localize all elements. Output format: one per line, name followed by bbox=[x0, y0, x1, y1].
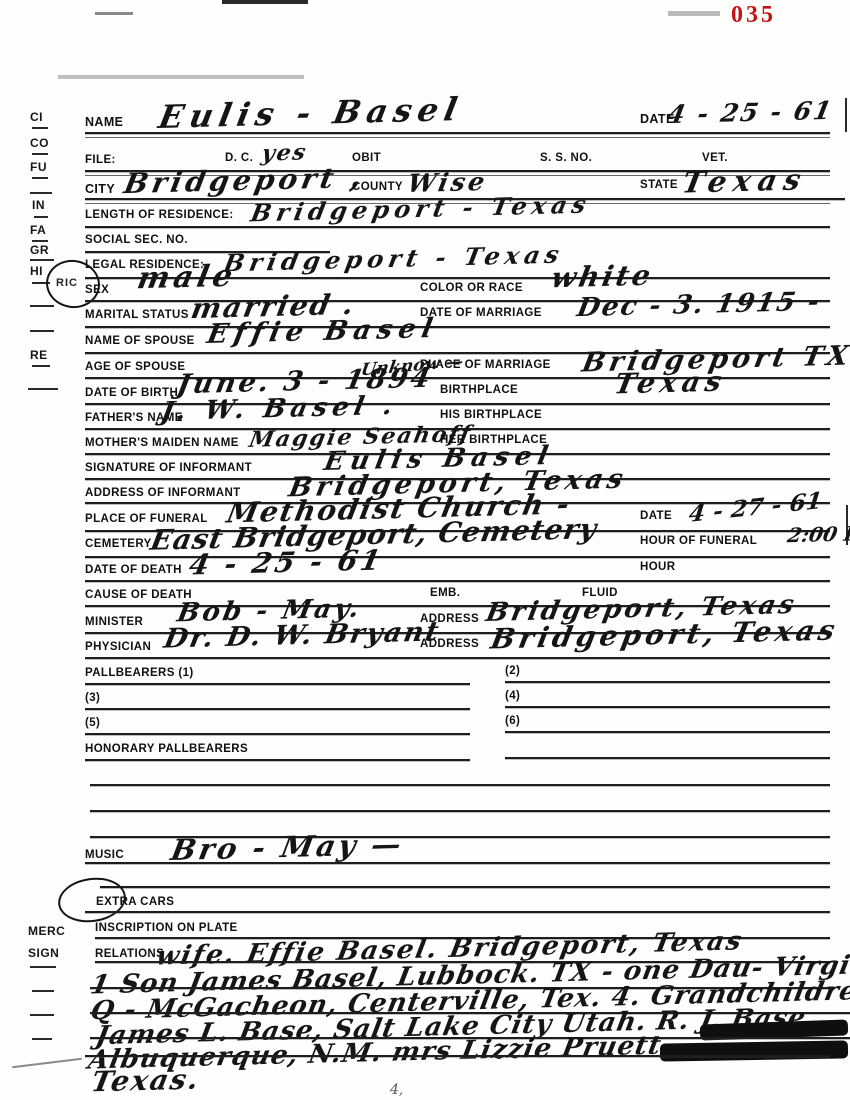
rule bbox=[85, 1055, 830, 1057]
age-of-spouse-label: AGE OF SPOUSE bbox=[85, 361, 185, 373]
address-of-informant-label: ADDRESS OF INFORMANT bbox=[85, 487, 241, 499]
rule bbox=[85, 657, 830, 659]
margin-dash bbox=[32, 990, 54, 992]
page-number: 035 bbox=[731, 2, 776, 29]
name-label: NAME bbox=[85, 115, 123, 129]
margin-dash bbox=[30, 192, 52, 194]
dc-label: D. C. bbox=[225, 152, 253, 164]
scan-artifact-faint-line bbox=[58, 75, 304, 79]
relations-label: RELATIONS bbox=[95, 948, 164, 960]
cause-of-death-label: CAUSE OF DEATH bbox=[85, 589, 192, 601]
hour-of-funeral-label: HOUR OF FUNERAL bbox=[640, 535, 757, 547]
margin-label-gr: GR bbox=[30, 243, 49, 257]
social-sec-no-label: SOCIAL SEC. NO. bbox=[85, 234, 188, 246]
margin-dash bbox=[32, 1038, 52, 1040]
birthplace-label: BIRTHPLACE bbox=[440, 384, 518, 396]
extra-cars-label: EXTRA CARS bbox=[96, 896, 174, 908]
hour-of-funeral-value: 2:00 PM bbox=[786, 521, 850, 547]
rule bbox=[85, 911, 830, 913]
margin-dash bbox=[30, 1014, 54, 1016]
margin-label-ci: CI bbox=[30, 110, 43, 124]
physician-value: Dr. D. W. Bryant bbox=[161, 616, 443, 654]
rule bbox=[85, 137, 830, 138]
rule bbox=[505, 731, 830, 733]
state-label: STATE bbox=[640, 179, 678, 191]
birthplace-value: Texas bbox=[612, 365, 730, 401]
minister-label: MINISTER bbox=[85, 616, 143, 628]
music-label: MUSIC bbox=[85, 849, 124, 861]
date-of-death-label: DATE OF DEATH bbox=[85, 564, 182, 576]
margin-label-co: CO bbox=[30, 136, 49, 150]
music-value: Bro - May — bbox=[168, 827, 407, 867]
scan-artifact-edge-tick bbox=[845, 98, 847, 132]
margin-dash bbox=[28, 388, 58, 390]
marital-status-label: MARITAL STATUS bbox=[85, 309, 189, 321]
county-label: COUNTY bbox=[352, 181, 403, 193]
funeral-date-label: DATE bbox=[640, 510, 672, 522]
physician-address-label: ADDRESS bbox=[420, 638, 479, 650]
legal-residence-value: Bridgeport - Texas bbox=[221, 240, 566, 278]
honorary-pallbearers-label: HONORARY PALLBEARERS bbox=[85, 743, 248, 755]
length-of-residence-label: LENGTH OF RESIDENCE: bbox=[85, 209, 234, 221]
rule bbox=[85, 683, 470, 685]
rule bbox=[85, 326, 830, 328]
margin-label-sign: SIGN bbox=[28, 946, 59, 960]
emb-label: EMB. bbox=[430, 587, 460, 599]
margin-dash bbox=[32, 177, 48, 179]
mothers-maiden-name-label: MOTHER'S MAIDEN NAME bbox=[85, 437, 239, 449]
rule bbox=[90, 784, 830, 786]
rule bbox=[85, 759, 470, 761]
color-or-race-value: white bbox=[549, 259, 657, 295]
margin-label-fa: FA bbox=[30, 223, 46, 237]
ink-scratch-out-2 bbox=[660, 1040, 848, 1061]
footnote-mark: 4, bbox=[390, 1082, 403, 1098]
rule bbox=[85, 580, 830, 582]
rule bbox=[85, 733, 470, 735]
name-of-spouse-value: Effie Basel bbox=[205, 313, 442, 350]
margin-label-hi: HI bbox=[30, 264, 43, 278]
relations-line-6: Texas. bbox=[89, 1063, 204, 1099]
hour-label: HOUR bbox=[640, 561, 675, 573]
physician-label: PHYSICIAN bbox=[85, 641, 151, 653]
rule bbox=[85, 226, 830, 228]
margin-dash bbox=[32, 153, 48, 155]
state-value: Texas bbox=[680, 162, 811, 199]
pallbearers-3-label: (3) bbox=[85, 692, 100, 704]
rule bbox=[505, 757, 830, 759]
ssno-label: S. S. NO. bbox=[540, 152, 592, 164]
inscription-on-plate-label: INSCRIPTION ON PLATE bbox=[95, 922, 238, 934]
margin-label-fu: FU bbox=[30, 160, 47, 174]
stamp-text: RIC bbox=[56, 277, 78, 289]
pallbearers-1-label: PALLBEARERS (1) bbox=[85, 667, 194, 679]
margin-smudge bbox=[12, 1058, 82, 1069]
margin-dash bbox=[30, 330, 54, 332]
rule bbox=[85, 708, 470, 710]
margin-dash bbox=[32, 240, 48, 242]
fathers-name-value: J. W. Basel . bbox=[159, 391, 400, 427]
name-value: Eulis - Basel bbox=[156, 90, 467, 136]
date-value: 4 - 25 - 61 bbox=[665, 96, 836, 129]
signature-of-informant-label: SIGNATURE OF INFORMANT bbox=[85, 462, 252, 474]
funeral-date-value: 4 - 27 - 61 bbox=[687, 487, 823, 528]
rule bbox=[505, 681, 830, 683]
pallbearers-6-label: (6) bbox=[505, 715, 520, 727]
color-or-race-label: COLOR OR RACE bbox=[420, 282, 523, 294]
city-label: CITY bbox=[85, 182, 115, 196]
rule bbox=[85, 862, 830, 864]
file-label: FILE: bbox=[85, 154, 116, 166]
rule bbox=[505, 706, 830, 708]
rule bbox=[90, 810, 830, 812]
rule bbox=[100, 886, 830, 888]
margin-dash bbox=[30, 966, 56, 968]
margin-dash bbox=[34, 216, 48, 218]
scan-artifact-dash bbox=[95, 12, 133, 15]
margin-label-re: RE bbox=[30, 348, 48, 362]
vet-label: VET. bbox=[702, 152, 728, 164]
rule bbox=[85, 132, 830, 134]
scan-artifact-smudge bbox=[668, 11, 720, 16]
scan-artifact-top-bar bbox=[222, 0, 308, 4]
margin-dash bbox=[30, 305, 54, 307]
pallbearers-4-label: (4) bbox=[505, 690, 520, 702]
cemetery-label: CEMETERY bbox=[85, 538, 152, 550]
date-of-death-value: 4 - 25 - 61 bbox=[186, 543, 386, 581]
scanned-funeral-record: 035 CI CO FU IN FA GR HI RE MERC SIGN NA… bbox=[0, 0, 850, 1100]
margin-label-merc: MERC bbox=[28, 924, 65, 938]
name-of-spouse-label: NAME OF SPOUSE bbox=[85, 335, 195, 347]
his-birthplace-label: HIS BIRTHPLACE bbox=[440, 409, 542, 421]
margin-dash bbox=[32, 127, 48, 129]
margin-dash bbox=[30, 259, 54, 261]
city-value: Bridgeport , bbox=[121, 161, 368, 200]
margin-dash bbox=[32, 365, 50, 367]
date-of-marriage-value: Dec - 3. 1915 - bbox=[575, 287, 824, 323]
pallbearers-2-label: (2) bbox=[505, 665, 520, 677]
pallbearers-5-label: (5) bbox=[85, 717, 100, 729]
margin-label-in: IN bbox=[32, 198, 45, 212]
